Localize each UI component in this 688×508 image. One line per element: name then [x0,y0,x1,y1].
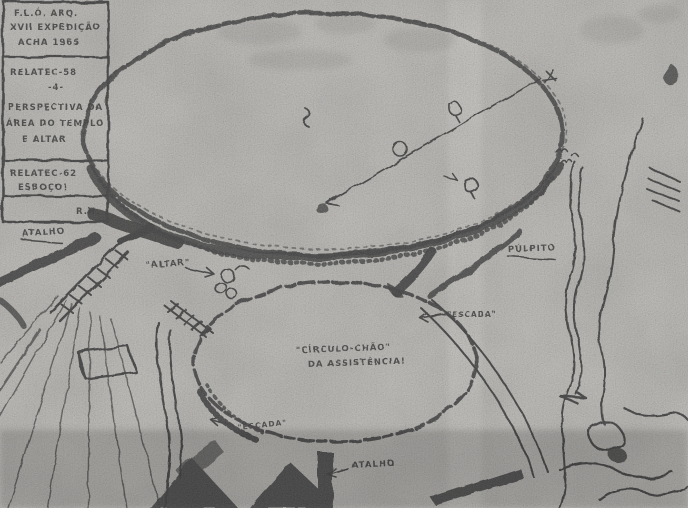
bottom-vignette [0,430,688,508]
scanned-map-page: F.L.Ó. ARQ. XVII EXPEDIÇÃO ACHA 1965 REL… [0,0,688,508]
map-sketch: F.L.Ó. ARQ. XVII EXPEDIÇÃO ACHA 1965 REL… [0,0,688,508]
grain-overlay [0,0,688,508]
